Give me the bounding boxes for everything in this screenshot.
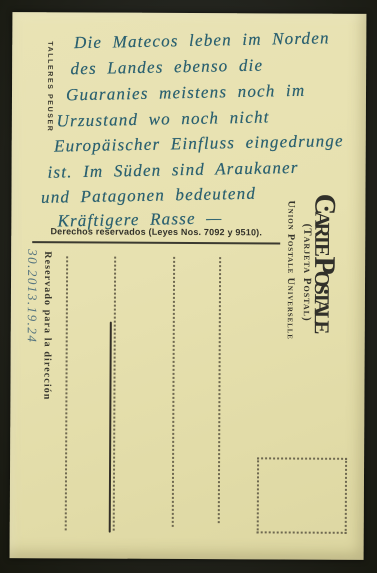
handwriting-line: Die Matecos leben im Norden (74, 28, 330, 53)
handwritten-message: Die Matecos leben im Norden des Landes e… (10, 10, 369, 257)
handdrawn-line (109, 322, 112, 533)
address-guide-line (113, 257, 116, 531)
inventory-number: 30.2013.19.24 (21, 249, 40, 343)
handwriting-line: Kräftigere Rasse — (57, 208, 222, 231)
handwriting-line: des Landes ebenso die (70, 56, 263, 80)
letter-dot-ornament (324, 290, 328, 294)
handwriting-line: Europäischer Einfluss eingedrunge (54, 131, 344, 157)
stamp-box (257, 457, 347, 533)
handwriting-line: Guaranies meistens noch im (66, 81, 306, 106)
handwriting-line: ist. Im Süden sind Araukaner (47, 158, 298, 183)
scan-background: TALLERES PEUSER Die Matecos leben im Nor… (0, 0, 377, 573)
address-guide-line (172, 257, 175, 527)
address-guide-line (65, 256, 68, 530)
handwriting-line: und Patagonen bedeutend (41, 184, 256, 208)
address-guide-line (218, 257, 221, 523)
postcard: TALLERES PEUSER Die Matecos leben im Nor… (10, 12, 367, 560)
handwriting-line: Urzustand wo noch nicht (56, 107, 269, 131)
